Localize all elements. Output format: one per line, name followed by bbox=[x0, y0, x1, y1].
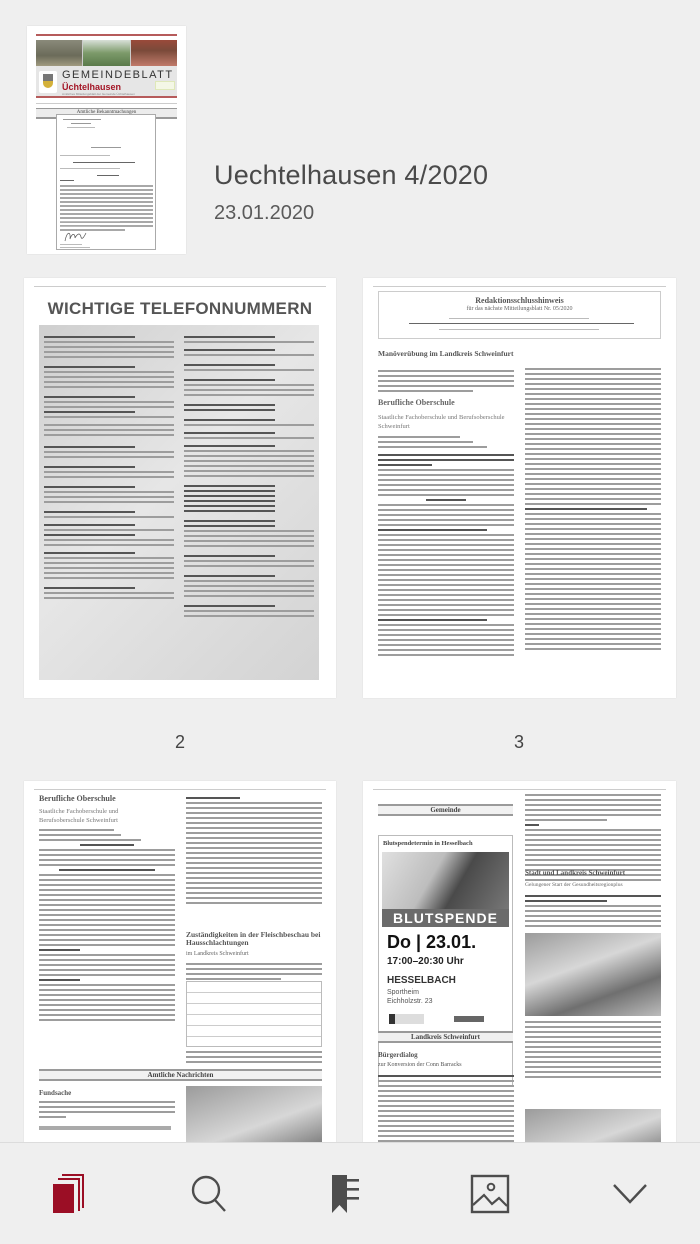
cover-photo-strip bbox=[36, 40, 177, 66]
section-bar bbox=[39, 1126, 171, 1130]
ad-date: Do | 23.01. bbox=[387, 932, 476, 953]
phone-directory-box bbox=[39, 325, 319, 680]
ad-heading: Blutspendetermin in Hesselbach bbox=[383, 840, 473, 847]
masthead-title: GEMEINDEBLATT bbox=[62, 69, 174, 81]
issue-date: 23.01.2020 bbox=[214, 202, 314, 225]
article-photo bbox=[525, 933, 661, 1016]
section-heading: Gemeinde bbox=[378, 804, 513, 816]
page-headline: WICHTIGE TELEFONNUMMERN bbox=[24, 299, 336, 319]
page-number-3: 3 bbox=[499, 732, 539, 753]
pages-icon bbox=[52, 1174, 86, 1214]
bookmark-list-icon bbox=[331, 1174, 369, 1214]
editorial-deadline-box: Redaktionsschlusshinweis für das nächste… bbox=[378, 291, 661, 339]
masthead-subtitle: Amtliches Mitteilungsblatt der Gemeinde … bbox=[62, 92, 135, 96]
cover-top-rule bbox=[36, 34, 177, 36]
page-header-rule bbox=[373, 789, 666, 790]
issue-pages-view: GEMEINDEBLATT Üchtelhausen Amtliches Mit… bbox=[0, 0, 700, 1244]
region-logo bbox=[155, 81, 175, 90]
article-subtitle: Staatliche Fachoberschule und Berufsober… bbox=[378, 413, 514, 431]
ad-time: 17:00–20:30 Uhr bbox=[387, 956, 464, 967]
sponsor-logo bbox=[454, 1016, 484, 1022]
article-title: Stadt und Landkreis Schweinfurt bbox=[525, 869, 625, 877]
inspector-table bbox=[186, 981, 322, 1047]
article-subtitle: Gelungener Start der Gesundheitsregionpl… bbox=[525, 882, 623, 888]
ad-place: HESSELBACH bbox=[387, 975, 456, 986]
masthead-town: Üchtelhausen bbox=[62, 82, 121, 92]
article-subtitle: Staatliche Fachoberschule und Berufsober… bbox=[39, 807, 139, 825]
collapse-button[interactable] bbox=[606, 1170, 654, 1218]
ad-venue-name: Sportheim bbox=[387, 988, 433, 997]
box-title: Redaktionsschlusshinweis bbox=[379, 296, 660, 305]
page-thumbnail-5[interactable]: Gemeinde Blutspendetermin in Hesselbach … bbox=[363, 781, 676, 1201]
page-number-2: 2 bbox=[160, 732, 200, 753]
article-subtitle: zur Konversion der Conn Barracks bbox=[378, 1062, 462, 1068]
images-button[interactable] bbox=[466, 1170, 514, 1218]
page-thumbnail-2[interactable]: WICHTIGE TELEFONNUMMERN bbox=[24, 278, 336, 698]
bookmarks-button[interactable] bbox=[326, 1170, 374, 1218]
page-header-rule bbox=[34, 789, 326, 790]
page-header-rule bbox=[373, 286, 666, 287]
bottom-navigation-bar bbox=[0, 1142, 700, 1244]
box-subtitle: für das nächste Mitteilungsblatt Nr. 05/… bbox=[379, 306, 660, 312]
page-thumbnail-4[interactable]: Berufliche Oberschule Staatliche Fachobe… bbox=[24, 781, 336, 1201]
article-title: Zuständigkeiten in der Fleischbeschau be… bbox=[186, 931, 326, 947]
blood-drive-ad: Blutspendetermin in Hesselbach BLUTSPEND… bbox=[378, 835, 513, 1087]
issue-cover-thumbnail[interactable]: GEMEINDEBLATT Üchtelhausen Amtliches Mit… bbox=[27, 26, 186, 254]
cover-masthead: GEMEINDEBLATT Üchtelhausen Amtliches Mit… bbox=[36, 66, 177, 98]
article-title: Bürgerdialog bbox=[378, 1051, 418, 1059]
article-title: Manöverübung im Landkreis Schweinfurt bbox=[378, 350, 518, 358]
search-icon bbox=[191, 1175, 229, 1213]
section-heading: Landkreis Schweinfurt bbox=[378, 1031, 513, 1043]
section-heading: Amtliche Nachrichten bbox=[39, 1069, 322, 1081]
cover-notice-box bbox=[56, 114, 156, 250]
issue-title: Uechtelhausen 4/2020 bbox=[214, 160, 488, 191]
page-header-rule bbox=[34, 286, 326, 287]
sponsor-logo bbox=[389, 1014, 424, 1024]
article-subtitle: im Landkreis Schweinfurt bbox=[186, 951, 249, 957]
image-gallery-icon bbox=[470, 1174, 510, 1214]
chevron-down-icon bbox=[612, 1182, 648, 1206]
signature-icon bbox=[63, 229, 87, 243]
coat-of-arms-icon bbox=[39, 71, 57, 93]
article-title: Berufliche Oberschule bbox=[39, 794, 116, 803]
article-title: Berufliche Oberschule bbox=[378, 398, 455, 407]
search-button[interactable] bbox=[186, 1170, 234, 1218]
ad-banner: BLUTSPENDE bbox=[382, 909, 509, 927]
ad-venue: Sportheim Eichholzstr. 23 bbox=[387, 988, 433, 1006]
donor-photo bbox=[382, 852, 509, 909]
page-thumbnail-3[interactable]: Redaktionsschlusshinweis für das nächste… bbox=[363, 278, 676, 698]
article-title: Fundsache bbox=[39, 1089, 71, 1097]
ad-venue-street: Eichholzstr. 23 bbox=[387, 997, 433, 1006]
pages-button[interactable] bbox=[45, 1170, 93, 1218]
cover-dateline bbox=[36, 101, 177, 104]
